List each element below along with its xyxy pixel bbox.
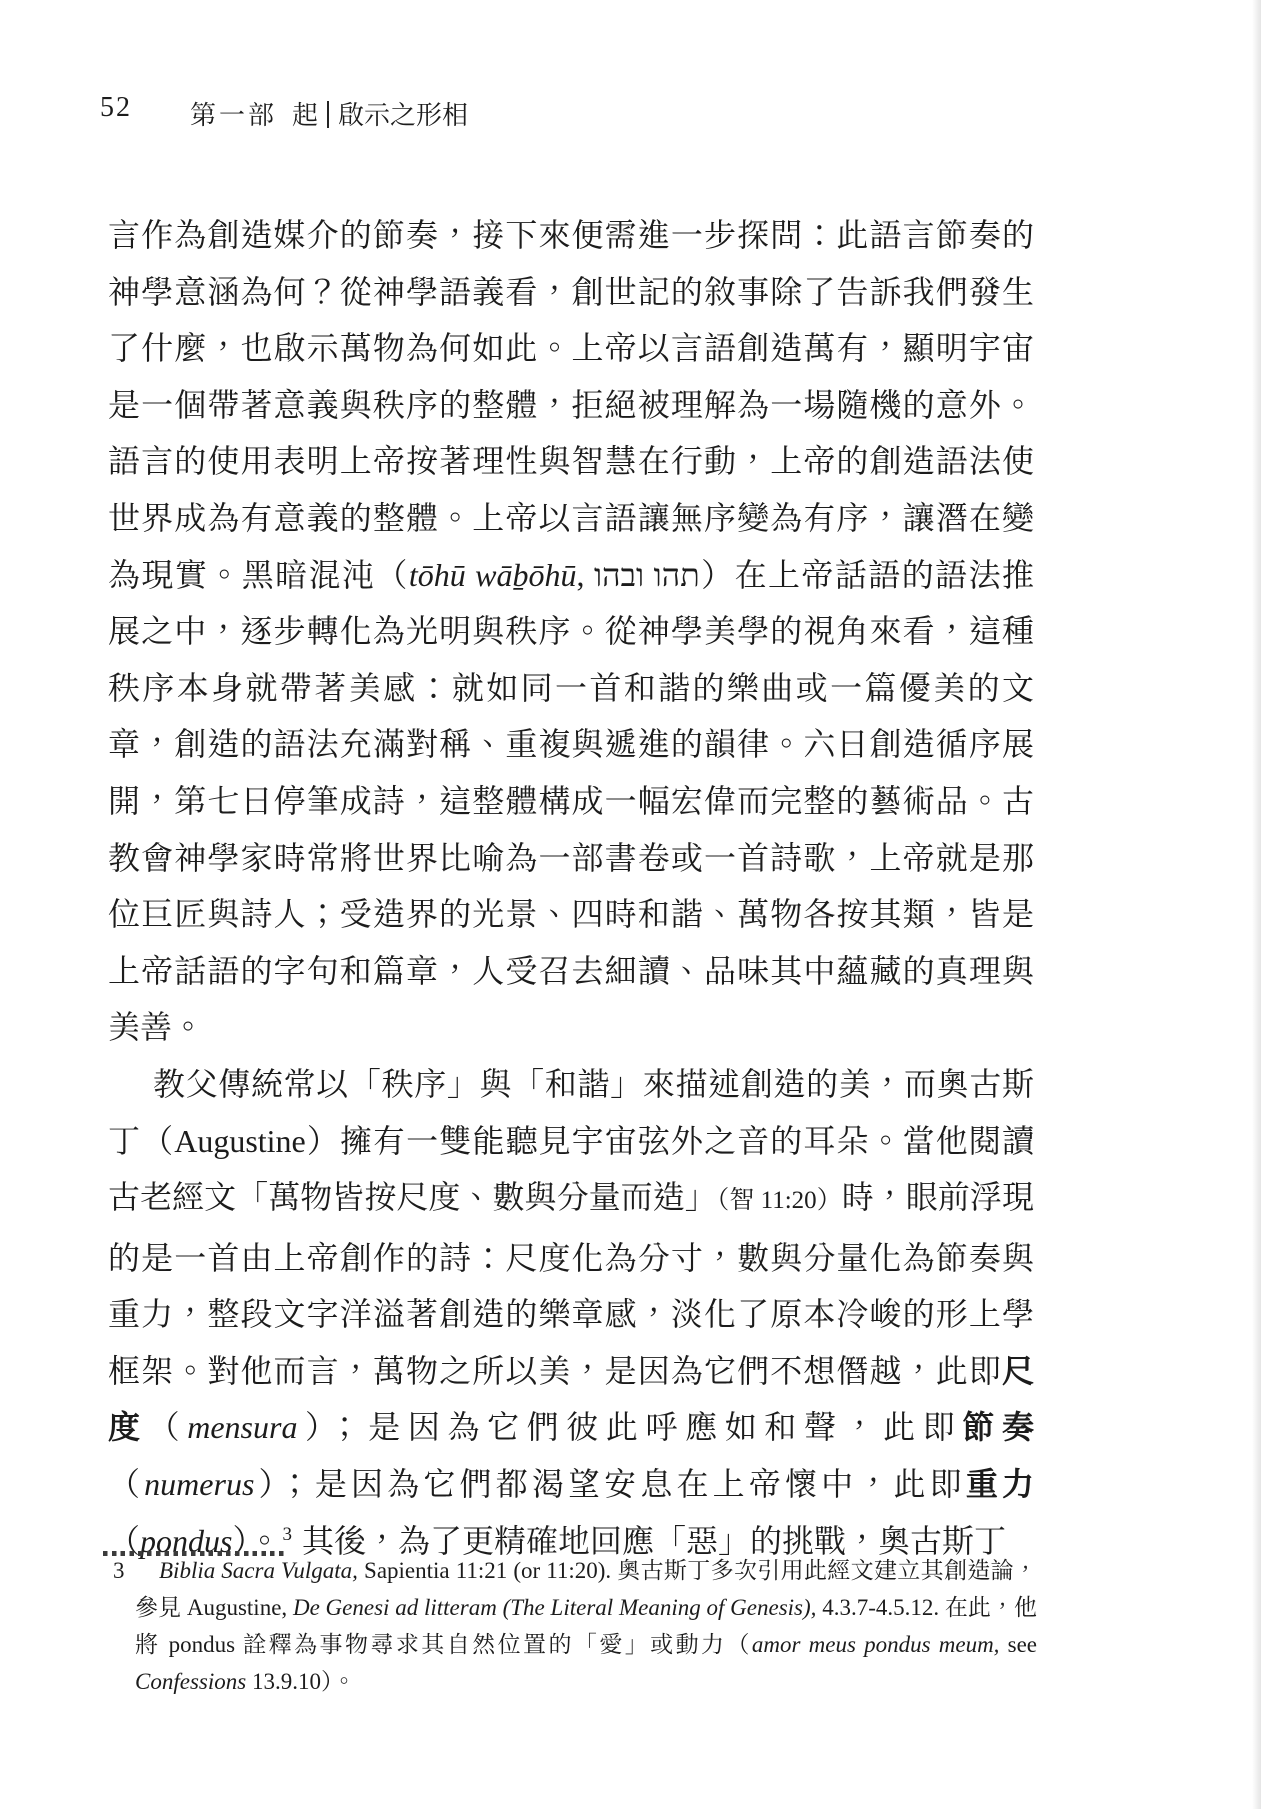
text-segment: amor meus pondus meum, (752, 1632, 1000, 1657)
text-segment: 重力 (966, 1466, 1034, 1502)
footnote-text: Biblia Sacra Vulgata, Sapientia 11:21 (o… (135, 1552, 1037, 1700)
text-segment: （ (148, 1409, 188, 1445)
chapter-heading: 起啟示之形相 (292, 95, 468, 132)
text-segment: ）；是因為它們彼此呼應如和聲，此即 (297, 1409, 962, 1445)
paragraph: 教父傳統常以「秩序」與「和諧」來描述創造的美，而奧古斯丁（Augustine）擁… (108, 1056, 1034, 1569)
text-segment: De Genesi ad litteram (The Literal Meani… (293, 1595, 816, 1620)
footnote-marker: 3 (113, 1552, 125, 1589)
text-segment: see (999, 1632, 1037, 1657)
page-number: 52 (100, 92, 132, 124)
text-segment: （智 11:20） (717, 1187, 842, 1214)
text-segment: , תהו ובהו）在上帝話語的語法推展之中，逐步轉化為光明與秩序。從神學美學… (108, 557, 1034, 1046)
text-segment: （ (108, 1466, 144, 1502)
main-text: 言作為創造媒介的節奏，接下來便需進一步探問：此語言節奏的神學意涵為何？從神學語義… (108, 207, 1034, 1569)
book-page: 52 第一部 起啟示之形相 言作為創造媒介的節奏，接下來便需進一步探問：此語言節… (0, 0, 1261, 1809)
text-segment: Biblia Sacra Vulgata, (159, 1558, 358, 1583)
page-scan-edge (1252, 0, 1261, 1809)
section-title: 起 (292, 101, 318, 130)
chapter-title: 啟示之形相 (338, 101, 468, 130)
text-segment: tōhū wāḇōhū (409, 557, 577, 593)
divider-bar (327, 101, 329, 128)
text-segment: 3 (282, 1524, 292, 1545)
footnote: 3 Biblia Sacra Vulgata, Sapientia 11:21 … (135, 1552, 1037, 1700)
text-segment: 節奏 (962, 1409, 1034, 1445)
text-segment: 言作為創造媒介的節奏，接下來便需進一步探問：此語言節奏的神學意涵為何？從神學語義… (108, 217, 1034, 593)
text-segment: 13.9.10）。 (246, 1669, 355, 1694)
running-head: 52 第一部 起啟示之形相 (0, 90, 1261, 130)
text-segment: ）；是因為它們都渴望安息在上帝懷中，此即 (254, 1466, 965, 1502)
text-segment: Confessions (135, 1669, 246, 1694)
text-segment: mensura (187, 1409, 297, 1445)
paragraph: 言作為創造媒介的節奏，接下來便需進一步探問：此語言節奏的神學意涵為何？從神學語義… (108, 207, 1034, 1056)
part-title: 第一部 (190, 95, 277, 132)
text-segment: numerus (144, 1466, 254, 1502)
